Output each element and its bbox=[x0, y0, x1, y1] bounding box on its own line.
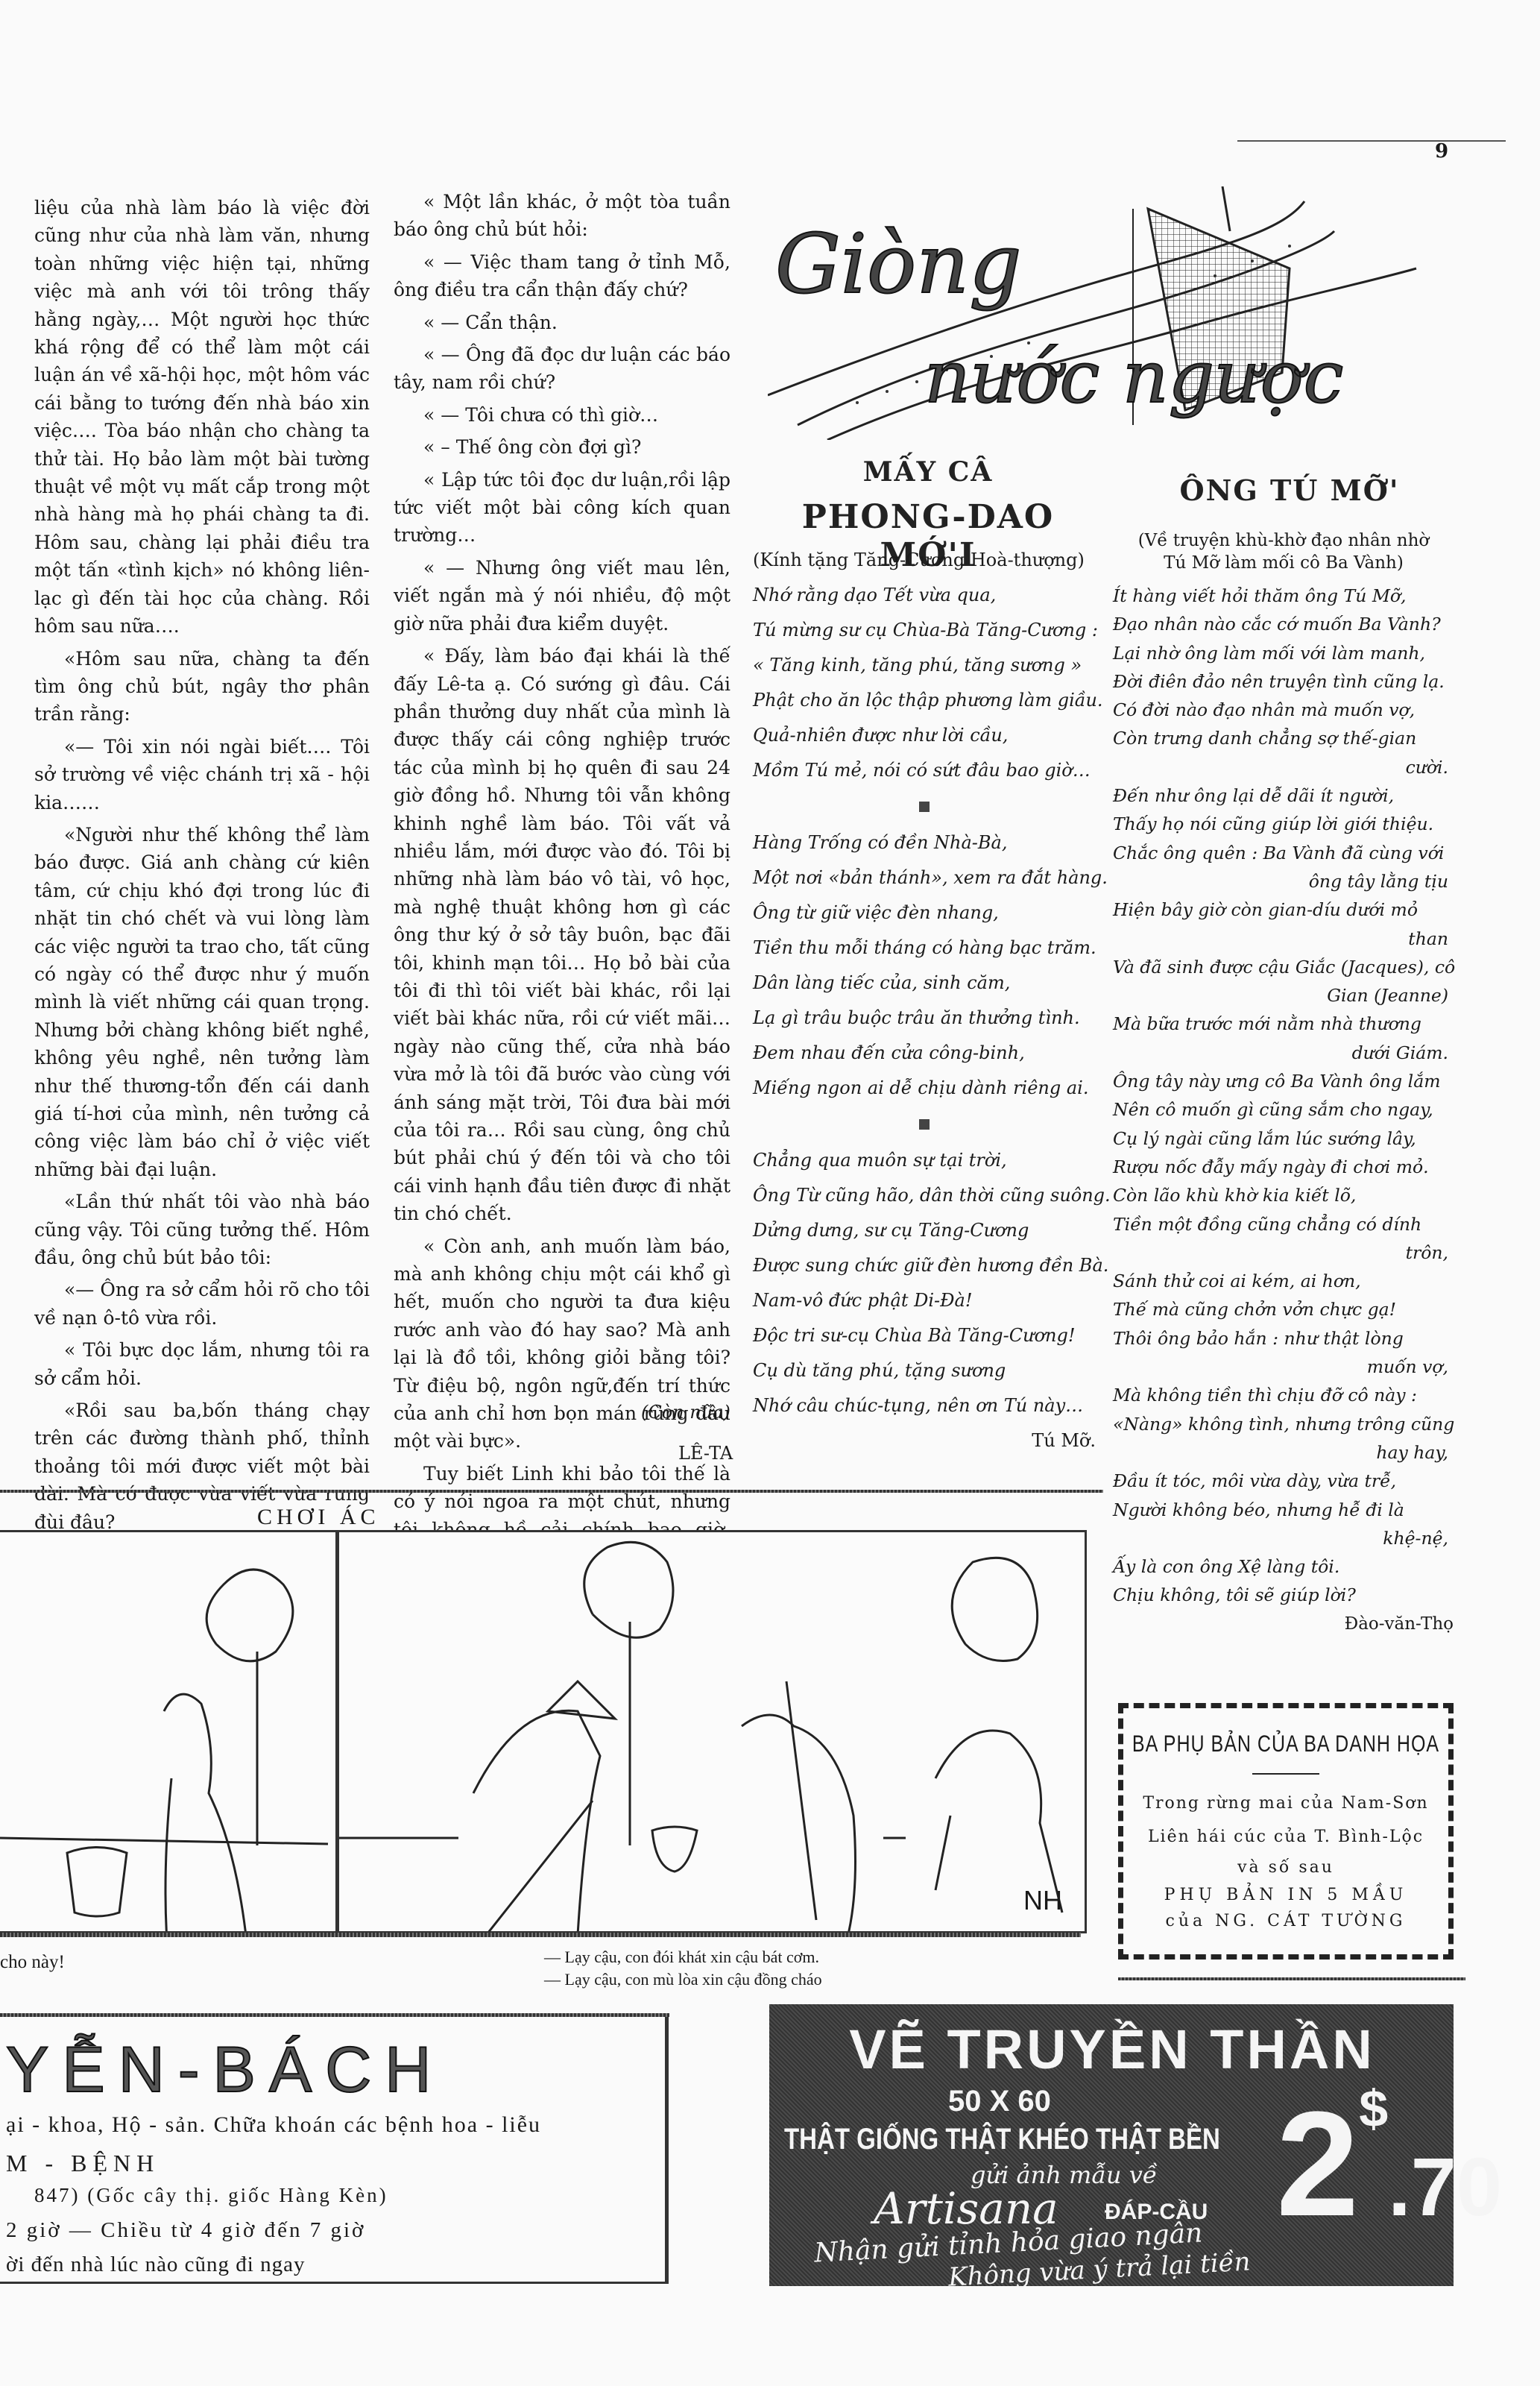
poem-line: Được sung chức giữ đèn hương đền Bà. bbox=[753, 1248, 1096, 1283]
poem2-title: ÔNG TÚ MỠ' bbox=[1118, 473, 1461, 507]
paragraph: « Đấy, làm báo đại khái là thế đấy Lê-ta… bbox=[394, 642, 730, 1228]
poem-line: Đạo nhân nào cắc cớ muốn Ba Vành? bbox=[1113, 610, 1448, 638]
paragraph: « Một lần khác, ở một tòa tuần báo ông c… bbox=[394, 188, 730, 244]
poem1-signature: Tú Mỡ. bbox=[753, 1423, 1096, 1458]
paragraph: « — Ông đã đọc dư luận các báo tây, nam … bbox=[394, 341, 730, 397]
ad-portrait-headline: VẼ TRUYỀN THẦN bbox=[784, 2018, 1440, 2081]
paragraph: «— Ông ra sở cẩm hỏi rõ cho tôi về nạn ô… bbox=[34, 1276, 370, 1332]
header-title-line2: nước ngược bbox=[924, 336, 1343, 419]
poem-line: Thôi ông bảo hắn : như thật lòng bbox=[1113, 1324, 1448, 1353]
cartoon-caption-left: cho này! bbox=[0, 1952, 65, 1973]
cartoon-caption-right-2: — Lạy cậu, con mù lòa xin cậu đồng cháo bbox=[544, 1970, 822, 1989]
paragraph: « – Thế ông còn đợi gì? bbox=[394, 433, 730, 461]
paragraph: « — Việc tham tang ở tỉnh Mỗ, ông điều t… bbox=[394, 248, 730, 304]
paragraph: « Lập tức tôi đọc dư luận,rồi lập tức vi… bbox=[394, 466, 730, 550]
poem-line: khệ-nệ, bbox=[1113, 1524, 1448, 1552]
poem-line: Tiền một đồng cũng chẳng có dính bbox=[1113, 1210, 1448, 1238]
cartoon-panel-left bbox=[0, 1530, 338, 1933]
poem-line: Cụ dù tăng phú, tặng sương bbox=[753, 1353, 1096, 1388]
ad-supplements-line1: Trong rừng mai của Nam-Sơn bbox=[1123, 1794, 1448, 1813]
poem-line: Phật cho ăn lộc thập phương làm giầu. bbox=[753, 683, 1096, 718]
poem-line: Chịu không, tôi sẽ giúp lời? bbox=[1113, 1581, 1448, 1609]
poem-line: ông tây lằng tịu bbox=[1113, 867, 1448, 895]
paragraph: «Lần thứ nhất tôi vào nhà báo cũng vậy. … bbox=[34, 1188, 370, 1271]
poem-line: Dân làng tiếc của, sinh căm, bbox=[753, 966, 1096, 1001]
poem-line: Lại nhờ ông làm mối với làm manh, bbox=[1113, 639, 1448, 667]
poem-line: Thế mà cũng chởn vởn chực gạ! bbox=[1113, 1295, 1448, 1323]
ad-portrait-size: 50 X 60 bbox=[948, 2085, 1051, 2118]
poem-line: « Tăng kinh, tăng phú, tăng sương » bbox=[753, 648, 1096, 683]
cartoon-signature: NH bbox=[1023, 1885, 1062, 1916]
poem-line: Nam-vô đức phật Di-Đà! bbox=[753, 1283, 1096, 1318]
poem2-dedication-1: (Về truyện khù-khờ đạo nhân nhờ bbox=[1112, 531, 1455, 550]
header-title-line1: Giòng bbox=[775, 216, 1022, 312]
paragraph: «Người như thế không thể làm báo được. G… bbox=[34, 821, 370, 1183]
ad-doctor-line5: ời đến nhà lúc nào cũng đi ngay bbox=[6, 2253, 306, 2277]
poem-line: Miếng ngon ai dễ chịu dành riêng ai. bbox=[753, 1071, 1096, 1106]
poem-line: than bbox=[1113, 925, 1448, 953]
poem-line: Đem nhau đến cửa công-binh, bbox=[753, 1036, 1096, 1071]
poem-line: «Nàng» không tình, nhưng trông cũng bbox=[1113, 1410, 1448, 1438]
cartoon-title: CHƠI ÁC bbox=[257, 1505, 380, 1530]
poem-line: Nhớ rằng dạo Tết vừa qua, bbox=[753, 578, 1096, 613]
cartoon-beggar-woman-icon bbox=[0, 1532, 335, 1931]
poem-line: Nhớ câu chúc-tụng, nên ơn Tú này… bbox=[753, 1388, 1096, 1423]
price-currency: $ bbox=[1359, 2080, 1388, 2138]
poem-line: Mà bữa trước mới nằm nhà thương bbox=[1113, 1010, 1448, 1038]
price-main: 2 bbox=[1276, 2081, 1359, 2247]
ad-doctor-line1: ại - khoa, Hộ - sản. Chữa khoán các bệnh… bbox=[6, 2112, 541, 2138]
poem1-title-top: MẤY CÂ bbox=[753, 456, 1103, 488]
paragraph: liệu của nhà làm báo là việc đời cũng nh… bbox=[34, 194, 370, 640]
poem1-body: (Kính tặng Tăng-Cương Hoà-thượng)Nhớ rằn… bbox=[753, 543, 1096, 1458]
poem-line: Quả-nhiên được như lời cầu, bbox=[753, 718, 1096, 753]
poem-line: Hiện bây giờ còn gian-díu dưới mỏ bbox=[1113, 895, 1448, 924]
poem-line: Ít hàng viết hỏi thăm ông Tú Mỡ, bbox=[1113, 582, 1448, 610]
section-divider bbox=[0, 1490, 1103, 1493]
ad-supplements: BA PHỤ BẢN CỦA BA DANH HỌA Trong rừng ma… bbox=[1118, 1703, 1454, 1960]
poem-line: Ông tây này ưng cô Ba Vành ông lắm bbox=[1113, 1067, 1448, 1095]
ad-supplements-line5: của NG. CÁT TƯỜNG bbox=[1123, 1912, 1448, 1930]
paragraph: «— Tôi xin nói ngài biết…. Tôi sở trường… bbox=[34, 733, 370, 816]
poem-line: Gian (Jeanne) bbox=[1113, 981, 1448, 1010]
poem-line: Tiền thu mỗi tháng có hàng bạc trăm. bbox=[753, 931, 1096, 966]
right-divider bbox=[1118, 1977, 1465, 1980]
poem2-dedication-2: Tú Mỡ làm mối cô Ba Vành) bbox=[1112, 553, 1455, 573]
paragraph: « — Tôi chưa có thì giờ… bbox=[394, 401, 730, 429]
poem-line: Độc tri sư-cụ Chùa Bà Tăng-Cương! bbox=[753, 1318, 1096, 1353]
ad-doctor-line3: 847) (Gốc cây thị. giốc Hàng Kèn) bbox=[34, 2184, 388, 2207]
ad-supplements-line4: PHỤ BẢN IN 5 MẦU bbox=[1123, 1886, 1448, 1904]
poem-line: Sánh thử coi ai kém, ai hơn, bbox=[1113, 1267, 1448, 1295]
article-author: LÊ-TA bbox=[678, 1443, 733, 1464]
article-column-2: « Một lần khác, ở một tòa tuần báo ông c… bbox=[394, 188, 730, 1716]
ad-supplements-rule bbox=[1252, 1773, 1319, 1775]
paragraph: « — Cẩn thận. bbox=[394, 309, 730, 336]
poem-line: trôn, bbox=[1113, 1238, 1448, 1267]
poem-line: Nên cô muốn gì cũng sắm cho ngay, bbox=[1113, 1095, 1448, 1124]
poem-line: Rượu nốc đẫy mấy ngày đi chơi mỏ. bbox=[1113, 1153, 1448, 1181]
ad-supplements-title: BA PHỤ BẢN CỦA BA DANH HỌA bbox=[1123, 1731, 1448, 1757]
poem-line: Lạ gì trâu buộc trâu ăn thưởng tình. bbox=[753, 1001, 1096, 1036]
ad-portrait-tagline: THẬT GIỐNG THẬT KHÉO THẬT BỀN bbox=[784, 2122, 1220, 2156]
ad-doctor-line4: 2 giờ — Chiều từ 4 giờ đến 7 giờ bbox=[6, 2218, 365, 2243]
ad-supplements-line2: Liên hái cúc của T. Bình-Lộc bbox=[1123, 1828, 1448, 1846]
poem-line: Tú mừng sư cụ Chùa-Bà Tăng-Cương : bbox=[753, 613, 1096, 648]
poem2-body: Ít hàng viết hỏi thăm ông Tú Mỡ,Đạo nhân… bbox=[1113, 582, 1448, 1610]
poem-line: hay hay, bbox=[1113, 1438, 1448, 1467]
poem-line: Ông Từ cũng hão, dân thời cũng suông. bbox=[753, 1178, 1096, 1213]
poem-line: Có đời nào đạo nhân mà muốn vợ, bbox=[1113, 696, 1448, 724]
cartoon-bottom-rule bbox=[0, 1933, 1081, 1937]
poem-line: Thấy họ nói cũng giúp lời giới thiệu. bbox=[1113, 810, 1448, 838]
paragraph: « — Nhưng ông viết mau lên, viết ngắn mà… bbox=[394, 554, 730, 638]
poem-line: Một nơi «bản thánh», xem ra đắt hàng. bbox=[753, 860, 1096, 895]
poem-line: Người không béo, nhưng hễ đi là bbox=[1113, 1496, 1448, 1524]
ad-doctor: YỄN-BÁCH ại - khoa, Hộ - sản. Chữa khoán… bbox=[0, 2017, 669, 2284]
continued-note: (Còn nữa) bbox=[641, 1402, 730, 1423]
cartoon-caption-right-1: — Lạy cậu, con đói khát xin cậu bát cơm. bbox=[544, 1948, 819, 1967]
poem-line: Dửng dưng, sư cụ Tăng-Cương bbox=[753, 1213, 1096, 1248]
poem-line: Còn lão khù khờ kia kiết lõ, bbox=[1113, 1181, 1448, 1209]
price-cents: .70 bbox=[1388, 2141, 1502, 2233]
poem2-signature: Đào-văn-Thọ bbox=[1297, 1614, 1454, 1634]
cartoon-beggars-icon bbox=[339, 1532, 1085, 1931]
poem-line: dưới Giám. bbox=[1113, 1039, 1448, 1067]
ad-doctor-name: YỄN-BÁCH bbox=[6, 2033, 444, 2107]
poem-line: Chắc ông quên : Ba Vành đã cùng với bbox=[1113, 839, 1448, 867]
poem-line: cười. bbox=[1113, 753, 1448, 781]
poem-line: Chẳng qua muôn sự tại trời, bbox=[753, 1143, 1096, 1178]
ornament-icon bbox=[919, 802, 930, 812]
poem-line: Ấy là con ông Xệ làng tôi. bbox=[1113, 1552, 1448, 1581]
poem-line: muốn vợ, bbox=[1113, 1353, 1448, 1381]
poem-line: Đầu ít tóc, môi vừa dày, vừa trễ, bbox=[1113, 1467, 1448, 1495]
paragraph: «Hôm sau nữa, chàng ta đến tìm ông chủ b… bbox=[34, 645, 370, 728]
poem-line: Mồm Tú mẻ, nói có sứt đâu bao giờ… bbox=[753, 753, 1096, 788]
ad-portrait-price: 2$.70 bbox=[1276, 2079, 1502, 2250]
page-number: 9 bbox=[1435, 140, 1448, 163]
poem-line: Đời điên đảo nên truyện tình cũng lạ. bbox=[1113, 667, 1448, 696]
poem1-dedication: (Kính tặng Tăng-Cương Hoà-thượng) bbox=[753, 543, 1096, 578]
poem-line: Cụ lý ngài cũng lắm lúc sướng lây, bbox=[1113, 1124, 1448, 1153]
top-rule bbox=[1237, 140, 1506, 142]
poem-line: Ông từ giữ việc đèn nhang, bbox=[753, 895, 1096, 931]
poem-line: Còn trưng danh chẳng sợ thế-gian bbox=[1113, 724, 1448, 752]
poem-line: Mà không tiền thì chịu đỡ cô này : bbox=[1113, 1381, 1448, 1409]
ornament-icon bbox=[919, 1119, 930, 1130]
poem-line: Và đã sinh được cậu Giắc (Jacques), cô bbox=[1113, 953, 1448, 981]
ad-supplements-line3: và số sau bbox=[1123, 1858, 1448, 1877]
header-illustration: Giòng nước ngược bbox=[768, 186, 1454, 440]
paragraph: « Tôi bực dọc lắm, nhưng tôi ra sở cẩm h… bbox=[34, 1336, 370, 1392]
poem-line: Đến như ông lại dễ dãi ít người, bbox=[1113, 781, 1448, 810]
poem-line: Hàng Trống có đền Nhà-Bà, bbox=[753, 825, 1096, 860]
ad-portrait: VẼ TRUYỀN THẦN 50 X 60 THẬT GIỐNG THẬT K… bbox=[769, 2004, 1454, 2286]
cartoon-panel-right: NH bbox=[337, 1530, 1087, 1933]
ad-doctor-line2: M - BỆNH bbox=[6, 2150, 160, 2177]
